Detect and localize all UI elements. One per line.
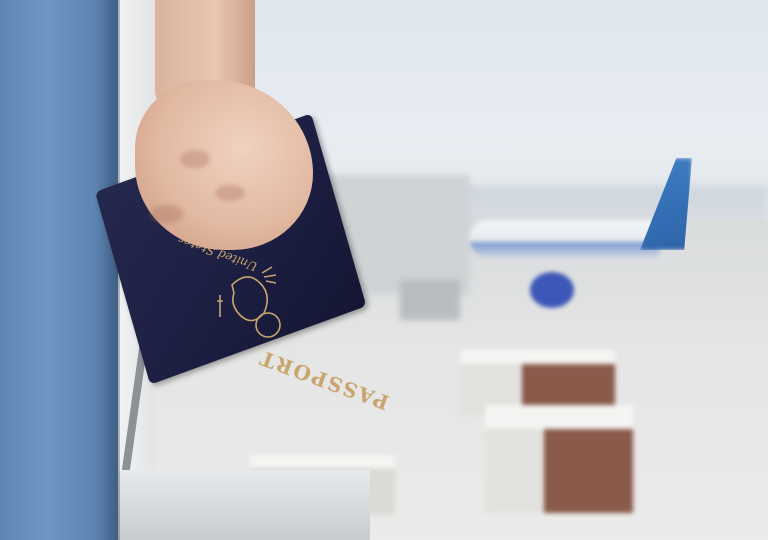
knuckle bbox=[150, 205, 184, 223]
knuckle bbox=[180, 150, 210, 168]
eagle-seal-icon bbox=[212, 265, 292, 345]
window-sill bbox=[110, 470, 370, 540]
distant-hills bbox=[420, 185, 768, 225]
airplane-fuselage bbox=[470, 220, 660, 258]
jeans-shadow bbox=[95, 0, 120, 540]
baggage-cart bbox=[485, 405, 633, 513]
knuckle bbox=[215, 185, 245, 201]
photo-scene: United States PASSPORT bbox=[0, 0, 768, 540]
airplane-engine bbox=[530, 272, 574, 308]
jet-bridge-support bbox=[400, 280, 460, 320]
